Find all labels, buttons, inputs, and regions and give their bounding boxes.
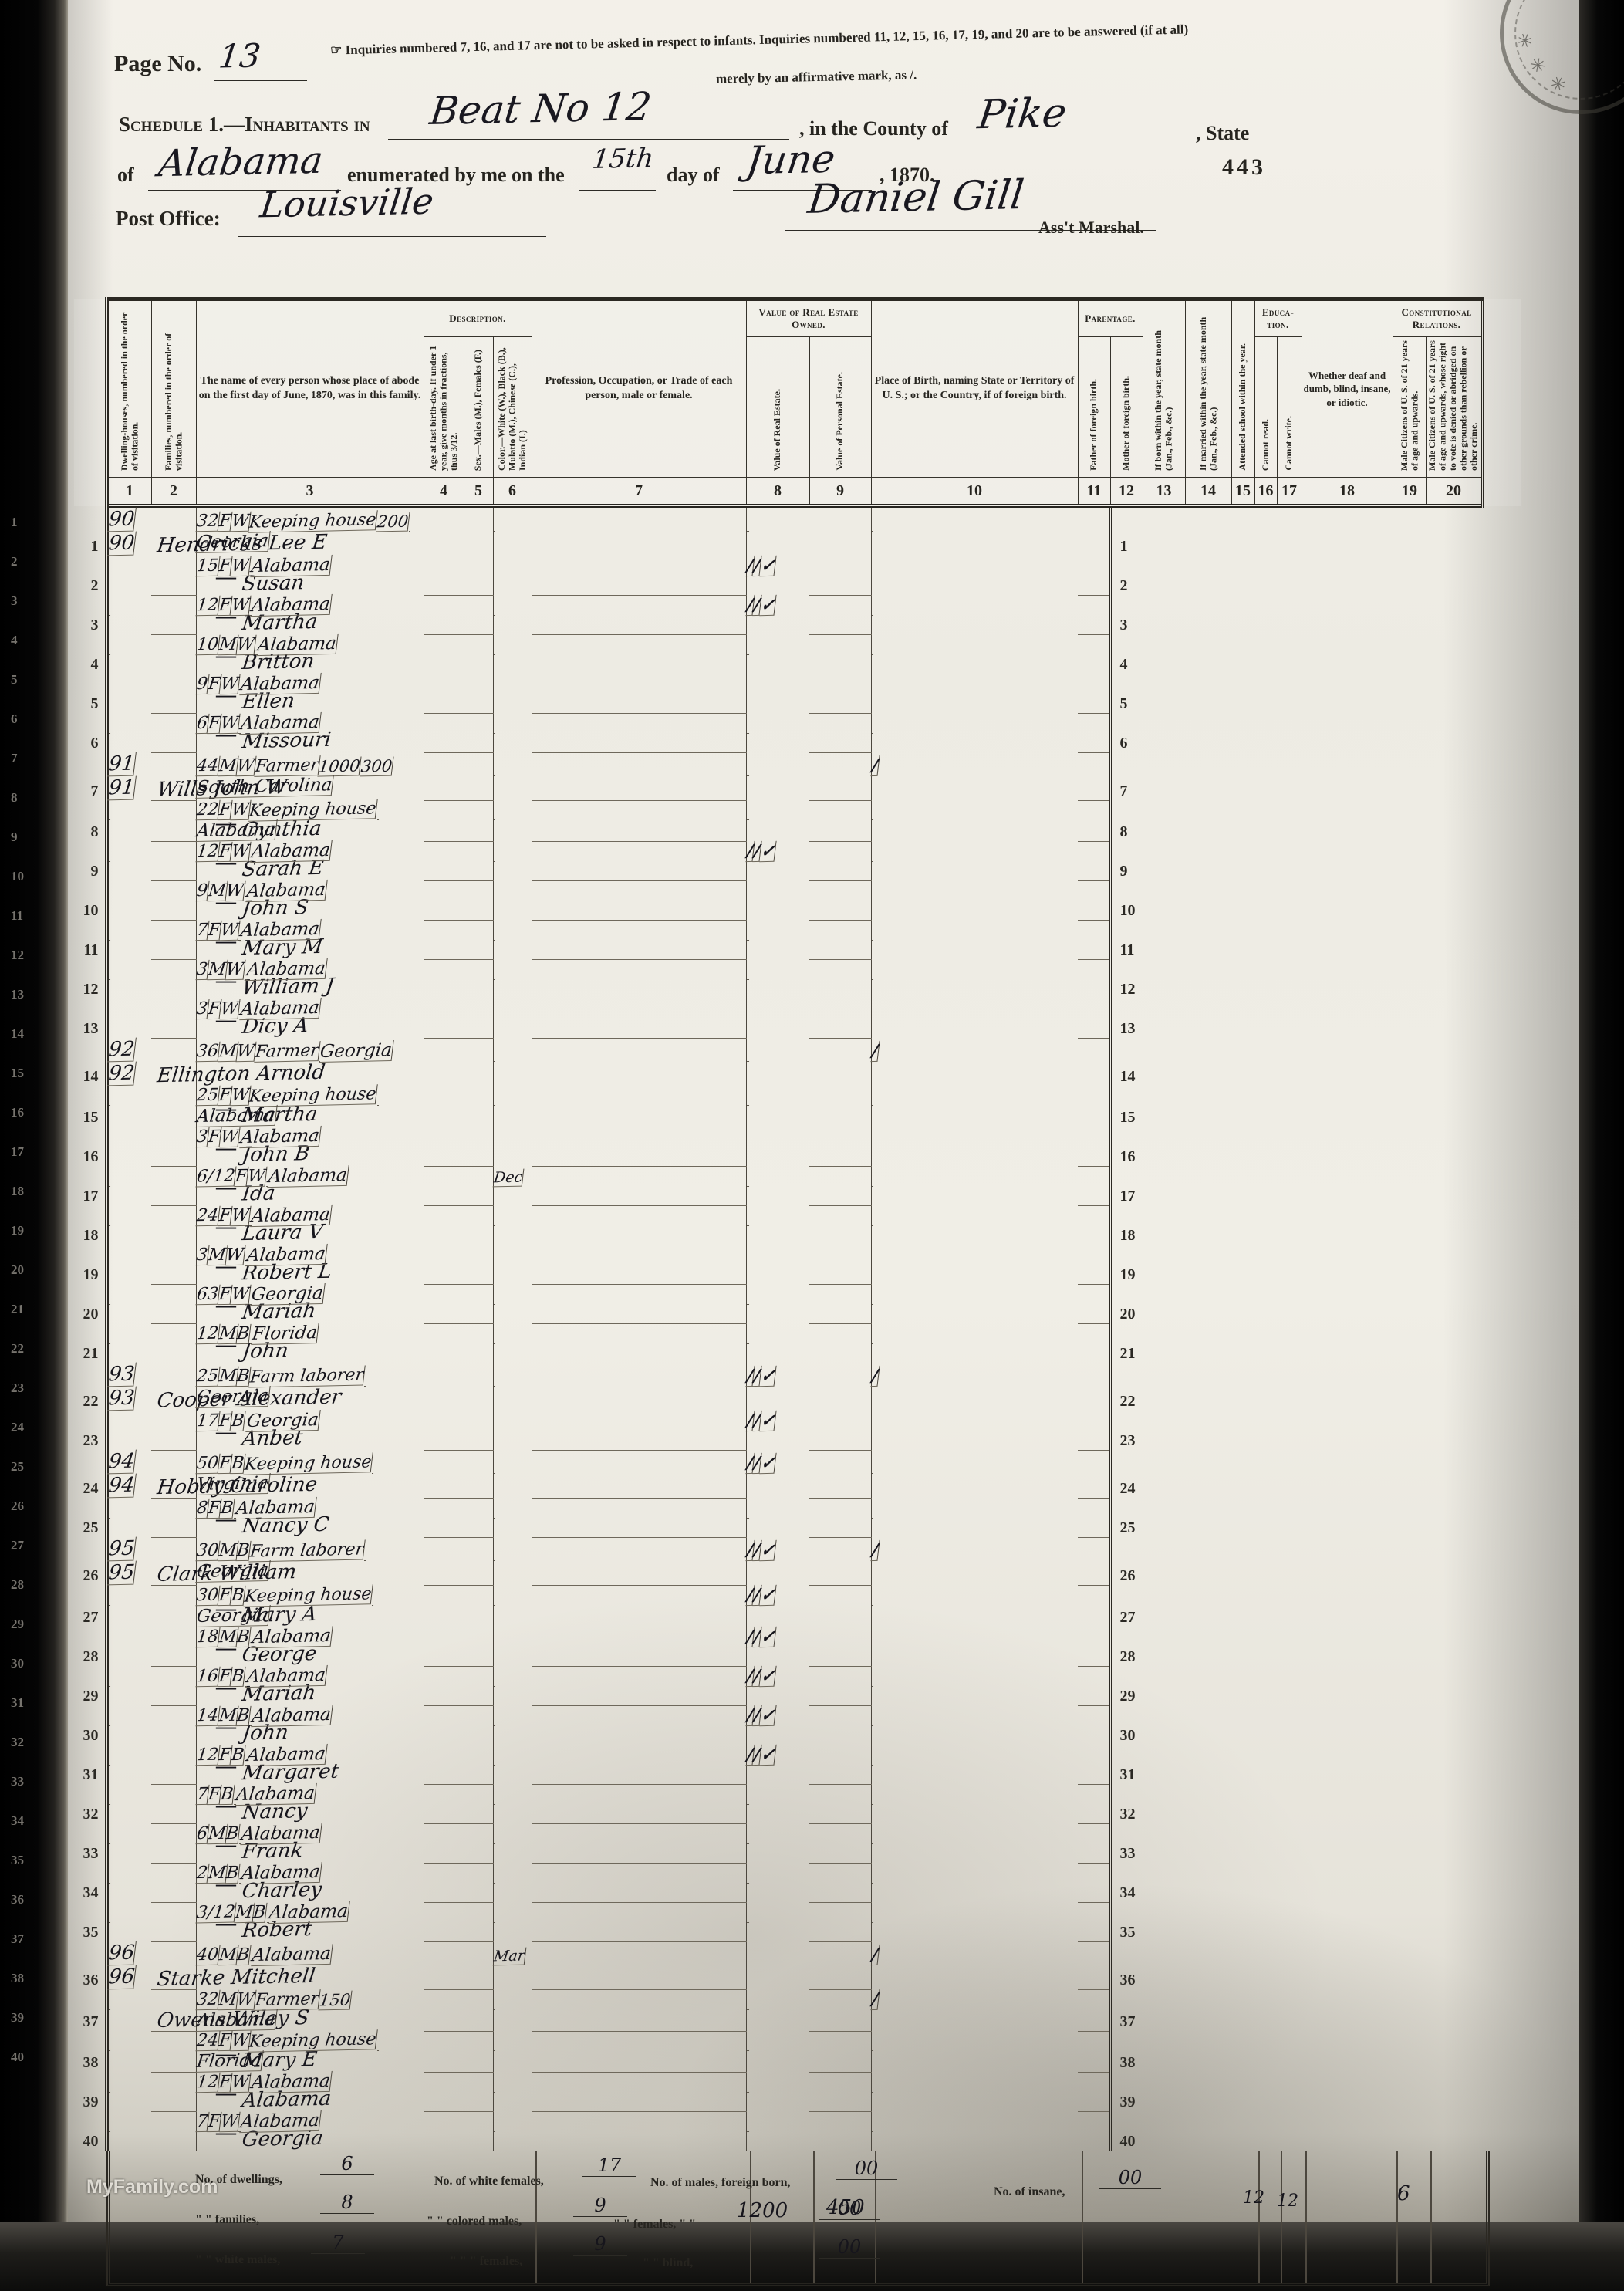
- line-number-right: 18: [1110, 1205, 1143, 1245]
- cell-born-month: [493, 1518, 494, 1519]
- cell-occupation: Farm laborer: [248, 1539, 365, 1562]
- cell-birthplace: Alabama: [245, 1244, 327, 1266]
- cell-cannot-write-mark: [748, 1804, 748, 1805]
- cell-married-month: [532, 1902, 746, 1941]
- cell-mother-foreign: [464, 1245, 493, 1284]
- line-number-right: 29: [1110, 1666, 1143, 1705]
- cell-mother-foreign: [464, 959, 493, 999]
- cell-dwelling-number: 95: [107, 1537, 137, 1562]
- cell-deaf-dumb: [809, 1166, 871, 1205]
- line-number-right: 15: [1110, 1086, 1143, 1127]
- cell-male-citizen-mark: /: [870, 1540, 880, 1561]
- cell-color: W: [230, 1206, 251, 1226]
- cell-cannot-write-mark: [748, 1147, 748, 1147]
- cell-birthplace: Alabama: [245, 958, 327, 981]
- cell-birthplace: Florida: [195, 2050, 263, 2073]
- col-header-cannot-read-label: Cannot read.: [1261, 417, 1271, 473]
- line-number-left: 16: [74, 1127, 106, 1166]
- cell-deaf-dumb: [809, 1245, 871, 1284]
- cell-deaf-dumb: [809, 1666, 871, 1705]
- col-header-cannot-write-label: Cannot write.: [1284, 414, 1294, 473]
- col-num-6: 6: [493, 478, 532, 506]
- cell-sex: M: [218, 1042, 238, 1062]
- cell-family-number: 96: [107, 1965, 137, 1990]
- line-number-left: 24: [74, 1450, 106, 1498]
- instructions-line2: merely by an affirmative mark, as /.: [716, 67, 917, 86]
- cell-born-month: [493, 819, 494, 820]
- line-number-left: 18: [74, 1205, 106, 1245]
- cell-mother-foreign: [464, 1537, 493, 1585]
- cell-family-number: 95: [107, 1561, 137, 1586]
- cell-born-month: [493, 1105, 494, 1106]
- day-underline: [579, 161, 656, 191]
- cell-mother-foreign: [464, 1363, 493, 1411]
- table-row: 11 —Mary M 7 F W Alabama 11: [74, 920, 1521, 959]
- cell-name: —Mary E: [151, 2031, 196, 2072]
- line-number-left: 30: [74, 1705, 106, 1745]
- cell-vote-denied: [1078, 880, 1110, 920]
- cell-birthplace: Alabama: [240, 673, 322, 695]
- cell-birthplace: Alabama: [251, 1626, 333, 1648]
- line-number-left: 32: [74, 1784, 106, 1823]
- col-header-families-label: Families, numbered in the order of visit…: [164, 305, 184, 473]
- cell-name: —John: [151, 1323, 196, 1363]
- cell-age: 44: [195, 756, 220, 777]
- cell-male-citizen-mark: [871, 1518, 872, 1519]
- table-row: 10 —John S 9 M W Alabama 10: [74, 880, 1521, 920]
- cell-vote-denied: [1078, 1127, 1110, 1166]
- cell-vote-denied: [1078, 1585, 1110, 1627]
- cell-birthplace: Alabama: [245, 1665, 327, 1688]
- cell-born-month: [493, 1473, 494, 1474]
- cell-name: —Cynthia: [151, 800, 196, 841]
- cell-birthplace: Georgia: [195, 1386, 270, 1408]
- cell-name: —John S: [151, 880, 196, 920]
- cell-married-month: [532, 1450, 746, 1498]
- cell-birthplace: Georgia: [195, 1560, 270, 1583]
- line-number-right: 27: [1110, 1585, 1143, 1627]
- cell-sex: M: [218, 1367, 238, 1387]
- cell-color: W: [230, 842, 251, 862]
- cell-color: B: [230, 1745, 245, 1766]
- col-num-14: 14: [1185, 478, 1231, 506]
- line-number-left: 23: [74, 1411, 106, 1450]
- instructions-line1: ☞ Inquiries numbered 7, 16, and 17 are n…: [330, 22, 1188, 58]
- cell-male-citizen-mark: [871, 819, 872, 820]
- col-header-born-month-label: If born within the year, state month (Ja…: [1153, 305, 1174, 473]
- cell-birthplace: Alabama: [240, 998, 322, 1020]
- cell-vote-denied: [1078, 1205, 1110, 1245]
- cell-mother-foreign: [464, 999, 493, 1038]
- cell-mother-foreign: [464, 674, 493, 713]
- line-number-left: 26: [74, 1537, 106, 1585]
- cell-color: W: [230, 596, 251, 616]
- cell-birthplace: Virginia: [195, 1473, 270, 1495]
- line-number-right: 31: [1110, 1745, 1143, 1784]
- cell-father-foreign: [424, 674, 464, 713]
- table-row: 2 —Susan 15 F W Alabama / / ✓ 2: [74, 556, 1521, 595]
- cell-male-citizen-mark: [871, 1686, 872, 1687]
- col-header-age-label: Age at last birth-day. If under 1 year, …: [428, 337, 459, 473]
- cell-married-month: [532, 1411, 746, 1450]
- cell-father-foreign: [424, 1166, 464, 1205]
- line-number-left: 10: [74, 880, 106, 920]
- cell-name: —Dicy A: [151, 999, 196, 1038]
- cell-family-number: [109, 1225, 110, 1226]
- cell-age: 63: [195, 1285, 220, 1306]
- cell-born-month: [493, 1386, 494, 1387]
- cell-deaf-dumb: [809, 1902, 871, 1941]
- cell-birthplace: Alabama: [251, 840, 333, 863]
- cell-family-number: [109, 901, 110, 901]
- cell-age: 25: [195, 1086, 220, 1107]
- cell-deaf-dumb: [809, 1086, 871, 1127]
- cell-age: 24: [195, 1206, 220, 1227]
- cell-age: 3/12: [195, 1902, 237, 1923]
- cell-born-month: [493, 1560, 494, 1561]
- cell-family-number: [109, 1725, 110, 1726]
- cell-mother-foreign: [464, 1784, 493, 1823]
- cell-vote-denied: [1078, 1863, 1110, 1902]
- cell-age: 6/12: [195, 1166, 237, 1187]
- census-sheet: ✳ ✳ ✳ Page No. 13 ☞ Inquiries numbered 7…: [68, 0, 1579, 2222]
- cell-name: —Georgia: [151, 2111, 196, 2151]
- line-number-right: 35: [1110, 1902, 1143, 1941]
- cell-cannot-write-mark: [748, 1019, 748, 1019]
- table-row: 12 —William J 3 M W Alabama 12: [74, 959, 1521, 999]
- cell-cannot-write-mark: [748, 901, 748, 901]
- line-number-right: 11: [1110, 920, 1143, 959]
- col-header-father-foreign: Father of foreign birth.: [1078, 337, 1110, 478]
- cell-father-foreign: [424, 634, 464, 674]
- cell-father-foreign: [424, 1450, 464, 1498]
- cell-father-foreign: [424, 800, 464, 841]
- cell-family-number: [109, 1843, 110, 1844]
- footer-females-value: 9: [573, 2233, 627, 2256]
- cell-name: Wills John W: [151, 752, 196, 800]
- col-header-mother-foreign: Mother of foreign birth.: [1110, 337, 1143, 478]
- cell-name: Owens Wiley S: [151, 1989, 196, 2031]
- line-number-left: 12: [74, 959, 106, 999]
- cell-married-month: [532, 1284, 746, 1323]
- cell-family-number: [109, 940, 110, 941]
- cell-mother-foreign: [464, 1127, 493, 1166]
- post-office-underline: [238, 205, 546, 237]
- cell-married-month: [532, 595, 746, 634]
- cell-vote-denied: [1078, 2111, 1110, 2151]
- cell-occupation: Farm laborer: [248, 1365, 365, 1387]
- cell-born-month: [493, 1343, 494, 1344]
- col-header-married-month-label: If married within the year, state month …: [1198, 305, 1219, 473]
- cell-name: —John B: [151, 1127, 196, 1166]
- cell-born-month: Dec: [492, 1169, 524, 1188]
- cell-father-foreign: [424, 713, 464, 752]
- cell-mother-foreign: [464, 1666, 493, 1705]
- cell-name: —George: [151, 1627, 196, 1666]
- line-number-left: 5: [74, 674, 106, 713]
- line-number-left: 35: [74, 1902, 106, 1941]
- cell-name: —Robert L: [151, 1245, 196, 1284]
- cell-deaf-dumb: [809, 800, 871, 841]
- cell-birthplace: Alabama: [267, 1165, 349, 1188]
- cell-male-citizen-mark: [871, 1343, 872, 1344]
- cell-born-month: [493, 979, 494, 980]
- cell-age: 40: [195, 1945, 220, 1966]
- cell-mother-foreign: [464, 595, 493, 634]
- group-header-description: Description.: [424, 299, 532, 337]
- cell-deaf-dumb: [809, 1745, 871, 1784]
- cell-married-month: [532, 999, 746, 1038]
- col-header-sex-label: Sex.—Males (M.), Females (F.): [473, 347, 483, 473]
- cell-family-number: [109, 1518, 110, 1519]
- cell-male-citizen-mark: [871, 2050, 872, 2051]
- cell-married-month: [532, 1166, 746, 1205]
- line-number-left: 9: [74, 841, 106, 880]
- cell-mother-foreign: [464, 1585, 493, 1627]
- footer-column-line: [1281, 2151, 1282, 2283]
- cell-name: —Mariah: [151, 1284, 196, 1323]
- cell-sex: M: [207, 1245, 228, 1265]
- cell-father-foreign: [424, 1127, 464, 1166]
- table-row: 24 94 94 Hobdy Caroline 50 F B Keeping h…: [74, 1450, 1521, 1498]
- col-header-married-month: If married within the year, state month …: [1185, 299, 1231, 478]
- census-table-wrap: Dwelling-houses, numbered in the order o…: [74, 297, 1524, 2286]
- cell-dwelling-number: 96: [107, 1941, 137, 1966]
- cell-cannot-write-mark: [748, 1883, 748, 1884]
- cell-mother-foreign: [464, 1086, 493, 1127]
- cell-color: W: [235, 635, 256, 655]
- cell-mother-foreign: [464, 1902, 493, 1941]
- cell-name: —Anbet: [151, 1411, 196, 1450]
- cell-cannot-write-mark: ✓: [759, 1411, 777, 1431]
- cell-married-month: [532, 1745, 746, 1784]
- cell-name: —Nancy C: [151, 1498, 196, 1537]
- footer-white-females-value: 17: [582, 2154, 636, 2177]
- cell-color: W: [219, 674, 240, 694]
- cell-father-foreign: [424, 1863, 464, 1902]
- cell-vote-denied: [1078, 1537, 1110, 1585]
- cell-vote-denied: [1078, 999, 1110, 1038]
- table-row: 18 —Laura V 24 F W Alabama 18: [74, 1205, 1521, 1245]
- watermark: MyFamily.com: [86, 2176, 218, 2198]
- cell-mother-foreign: [464, 2031, 493, 2072]
- cell-vote-denied: [1078, 1363, 1110, 1411]
- cell-born-month: [493, 694, 494, 694]
- col-header-families: Families, numbered in the order of visit…: [151, 299, 196, 478]
- cell-deaf-dumb: [809, 1323, 871, 1363]
- line-number-right: 24: [1110, 1450, 1143, 1498]
- cell-deaf-dumb: [809, 2072, 871, 2111]
- col-num-5: 5: [464, 478, 493, 506]
- line-number-right: 22: [1110, 1363, 1143, 1411]
- cell-birthplace: Georgia: [195, 531, 270, 553]
- cell-married-month: [532, 1537, 746, 1585]
- cell-deaf-dumb: [809, 1450, 871, 1498]
- cell-born-month: [493, 531, 494, 532]
- cell-birthplace: Alabama: [235, 1497, 316, 1519]
- cell-mother-foreign: [464, 1205, 493, 1245]
- cell-vote-denied: [1078, 1498, 1110, 1537]
- footer-column-line: [1258, 2151, 1260, 2283]
- cell-age: 12: [195, 596, 220, 617]
- page-totals-footer: No. of dwellings, 6 No. of white females…: [106, 2151, 1490, 2286]
- cell-cannot-write-mark: [748, 1843, 748, 1844]
- line-number-right: 37: [1110, 1989, 1143, 2031]
- cell-married-month: [532, 1245, 746, 1284]
- cell-family-number: 94: [107, 1474, 137, 1499]
- cell-deaf-dumb: [809, 1205, 871, 1245]
- cell-male-citizen-mark: [871, 1225, 872, 1226]
- cell-family-number: [109, 694, 110, 694]
- cell-name: Hendricks Lee E: [151, 506, 196, 556]
- cell-vote-denied: [1078, 1705, 1110, 1745]
- cell-born-month: [493, 1431, 494, 1431]
- cell-married-month: [532, 2072, 746, 2111]
- cell-cannot-write-mark: [748, 1965, 748, 1965]
- cell-married-month: [532, 556, 746, 595]
- cell-cannot-write-mark: ✓: [759, 595, 777, 616]
- col-header-born-month: If born within the year, state month (Ja…: [1143, 299, 1185, 478]
- cell-family-number: [109, 1605, 110, 1606]
- cell-deaf-dumb: [809, 999, 871, 1038]
- cell-birthplace: Alabama: [240, 1862, 322, 1884]
- cell-father-foreign: [424, 841, 464, 880]
- cell-born-month: [493, 1225, 494, 1226]
- post-office-label: Post Office:: [116, 207, 221, 231]
- cell-dwelling-number: 90: [107, 508, 137, 532]
- cell-birthplace: Alabama: [256, 634, 338, 656]
- cell-vote-denied: [1078, 1745, 1110, 1784]
- col-num-16: 16: [1254, 478, 1277, 506]
- cell-deaf-dumb: [809, 1823, 871, 1863]
- cell-sex: M: [218, 1990, 238, 2010]
- cell-family-number: [109, 2092, 110, 2093]
- col-num-4: 4: [424, 478, 464, 506]
- cell-deaf-dumb: [809, 920, 871, 959]
- cell-birthplace: Georgia: [319, 1040, 394, 1063]
- table-row: 4 —Britton 10 M W Alabama 4: [74, 634, 1521, 674]
- cell-vote-denied: [1078, 841, 1110, 880]
- cell-mother-foreign: [464, 2111, 493, 2151]
- cell-name: —Margaret: [151, 1745, 196, 1784]
- page-no-label: Page No.: [114, 51, 201, 77]
- cell-married-month: [532, 1989, 746, 2031]
- table-row: 7 91 91 Wills John W 44 M W Farmer 1000 …: [74, 752, 1521, 800]
- cell-personal-estate-value: [365, 1560, 366, 1561]
- cell-father-foreign: [424, 1705, 464, 1745]
- cell-father-foreign: [424, 1823, 464, 1863]
- cell-mother-foreign: [464, 841, 493, 880]
- line-number-right: 28: [1110, 1627, 1143, 1666]
- cell-deaf-dumb: [809, 556, 871, 595]
- cell-born-month: [493, 2009, 494, 2010]
- cell-name-text: Starke Mitchell: [156, 1964, 316, 1990]
- line-number-right: 7: [1110, 752, 1143, 800]
- cell-deaf-dumb: [809, 2111, 871, 2151]
- cell-color: B: [230, 1411, 245, 1431]
- cell-male-citizen-mark: [871, 1843, 872, 1844]
- group-header-education: Educa-tion.: [1254, 299, 1302, 337]
- cell-color: W: [219, 999, 240, 1019]
- table-row: 36 96 96 Starke Mitchell 40 M B Alabama …: [74, 1941, 1521, 1989]
- line-number-right: 16: [1110, 1127, 1143, 1166]
- line-number-left: 22: [74, 1363, 106, 1411]
- cell-deaf-dumb: [809, 1585, 871, 1627]
- cell-birthplace: Alabama: [240, 2110, 322, 2133]
- cell-father-foreign: [424, 752, 464, 800]
- col-header-male-citizens-label: Male Citizens of U. S. of 21 years of ag…: [1399, 337, 1420, 473]
- cell-mother-foreign: [464, 880, 493, 920]
- cell-cannot-write-mark: [748, 1922, 748, 1923]
- line-number-left: 34: [74, 1863, 106, 1902]
- cell-vote-denied: [1078, 674, 1110, 713]
- cell-born-month: [493, 1265, 494, 1265]
- cell-name: —William J: [151, 959, 196, 999]
- line-number-left: 4: [74, 634, 106, 674]
- cell-married-month: [532, 1086, 746, 1127]
- col-header-name: The name of every person whose place of …: [196, 299, 424, 478]
- cell-born-month: [493, 1725, 494, 1726]
- cell-cannot-write-mark: ✓: [759, 1705, 777, 1726]
- cell-occupation: Keeping house: [248, 1084, 379, 1107]
- cell-male-citizen-mark: /: [870, 1366, 880, 1387]
- line-number-left: 1: [74, 506, 106, 556]
- cell-father-foreign: [424, 1666, 464, 1705]
- county-underline: [947, 113, 1179, 144]
- cell-age: 18: [195, 1627, 220, 1648]
- line-number-left: 40: [74, 2111, 106, 2151]
- cell-born-month: [493, 861, 494, 862]
- col-header-male-citizens: Male Citizens of U. S. of 21 years of ag…: [1393, 337, 1426, 478]
- cell-color: W: [225, 1245, 245, 1265]
- cell-cannot-write-mark: ✓: [759, 1627, 777, 1647]
- table-row: 6 —Missouri 6 F W Alabama 6: [74, 713, 1521, 752]
- cell-male-citizen-mark: [871, 1147, 872, 1147]
- cell-cannot-write-mark: [748, 979, 748, 980]
- cell-name: —Martha: [151, 1086, 196, 1127]
- cell-birthplace: Alabama: [268, 1901, 349, 1924]
- col-header-attended-school: Attended school within the year.: [1231, 299, 1254, 478]
- cell-deaf-dumb: [809, 1537, 871, 1585]
- line-number-left: 29: [74, 1666, 106, 1705]
- cell-personal-estate-value: 150: [319, 1991, 353, 2011]
- cell-color: W: [247, 1167, 268, 1187]
- col-header-cannot-read: Cannot read.: [1254, 337, 1277, 478]
- cell-sex: M: [218, 1706, 238, 1726]
- line-number-left: 25: [74, 1498, 106, 1537]
- cell-occupation: Keeping house: [248, 2029, 379, 2052]
- footer-column-line: [1305, 2151, 1307, 2283]
- line-number-right: 36: [1110, 1941, 1143, 1989]
- cell-age: 50: [195, 1454, 220, 1475]
- cell-age: 32: [195, 512, 220, 532]
- footer-white-females-label: No. of white females,: [434, 2174, 544, 2188]
- line-number-right: 39: [1110, 2072, 1143, 2111]
- col-num-9: 9: [809, 478, 871, 506]
- cell-deaf-dumb: [809, 1784, 871, 1823]
- cell-married-month: [532, 713, 746, 752]
- cell-born-month: [493, 1922, 494, 1923]
- cell-deaf-dumb: [809, 1863, 871, 1902]
- cell-cannot-write-mark: ✓: [759, 841, 777, 862]
- cell-married-month: [532, 1666, 746, 1705]
- cell-birthplace: Alabama: [195, 819, 277, 842]
- col-header-male-citizens-denied: Male Citizens of U. S. of 21 years of ag…: [1426, 337, 1482, 478]
- line-number-right: 40: [1110, 2111, 1143, 2151]
- cell-age: 14: [195, 1706, 220, 1727]
- cell-occupation: Keeping house: [248, 799, 379, 821]
- cell-father-foreign: [424, 1205, 464, 1245]
